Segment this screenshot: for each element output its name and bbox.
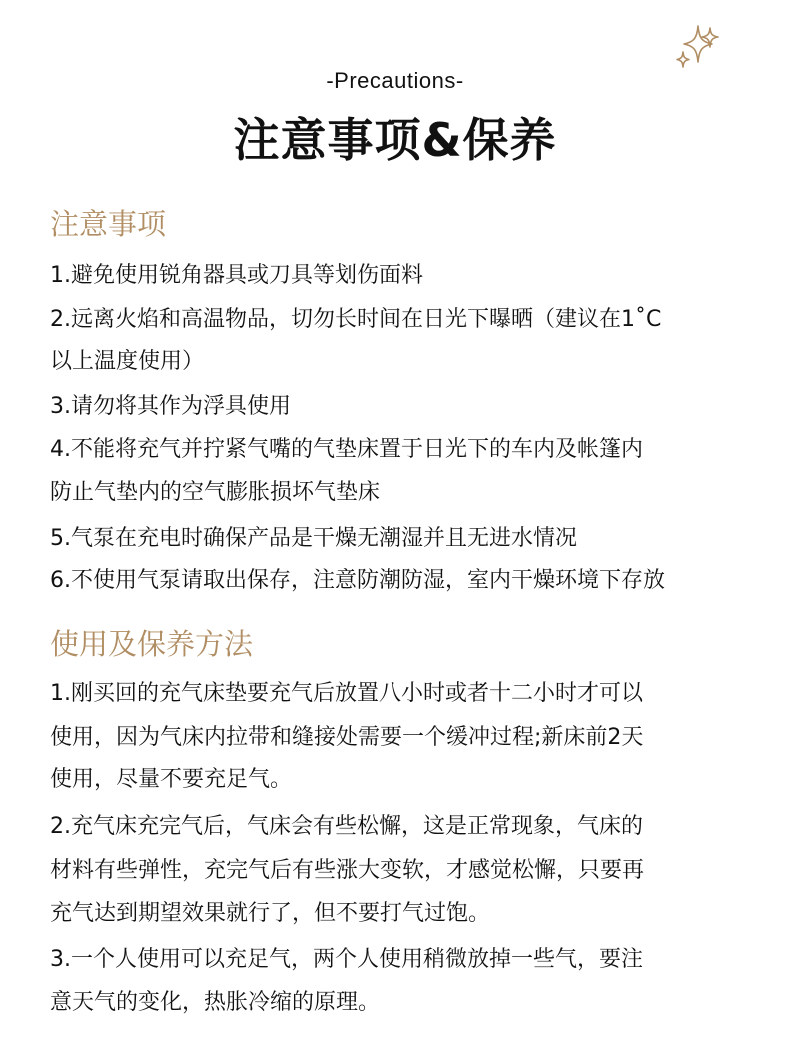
section-heading: 使用及保养方法 [50, 622, 253, 663]
list-item: 2.远离火焰和高温物品，切勿长时间在日光下曝晒（建议在1˚C [50, 305, 661, 335]
list-item: 充气达到期望效果就行了，但不要打气过饱。 [50, 899, 490, 929]
list-item: 使用，因为气床内拉带和缝接处需要一个缓冲过程;新床前2天 [50, 723, 643, 753]
list-item: 1.刚买回的充气床垫要充气后放置八小时或者十二小时才可以 [50, 679, 643, 709]
list-item: 6.不使用气泵请取出保存，注意防潮防湿，室内干燥环境下存放 [50, 566, 665, 596]
page-title: 注意事项&保养 [0, 104, 790, 170]
list-item: 2.充气床充完气后，气床会有些松懈，这是正常现象，气床的 [50, 812, 643, 842]
section-heading: 注意事项 [50, 202, 166, 243]
list-item: 4.不能将充气并拧紧气嘴的气垫床置于日光下的车内及帐篷内 [50, 435, 643, 465]
page-subtitle: -Precautions- [0, 68, 790, 94]
list-item: 3.一个人使用可以充足气，两个人使用稍微放掉一些气，要注 [50, 945, 643, 975]
list-item: 1.避免使用锐角器具或刀具等划伤面料 [50, 261, 423, 291]
list-item: 5.气泵在充电时确保产品是干燥无潮湿并且无进水情况 [50, 524, 577, 554]
list-item: 意天气的变化，热胀冷缩的原理。 [50, 988, 380, 1018]
list-item: 3.请勿将其作为浮具使用 [50, 392, 291, 422]
list-item: 使用，尽量不要充足气。 [50, 765, 292, 795]
list-item: 材料有些弹性，充完气后有些涨大变软，才感觉松懈，只要再 [50, 856, 644, 886]
list-item: 以上温度使用） [50, 347, 204, 377]
list-item: 防止气垫内的空气膨胀损坏气垫床 [50, 478, 380, 508]
